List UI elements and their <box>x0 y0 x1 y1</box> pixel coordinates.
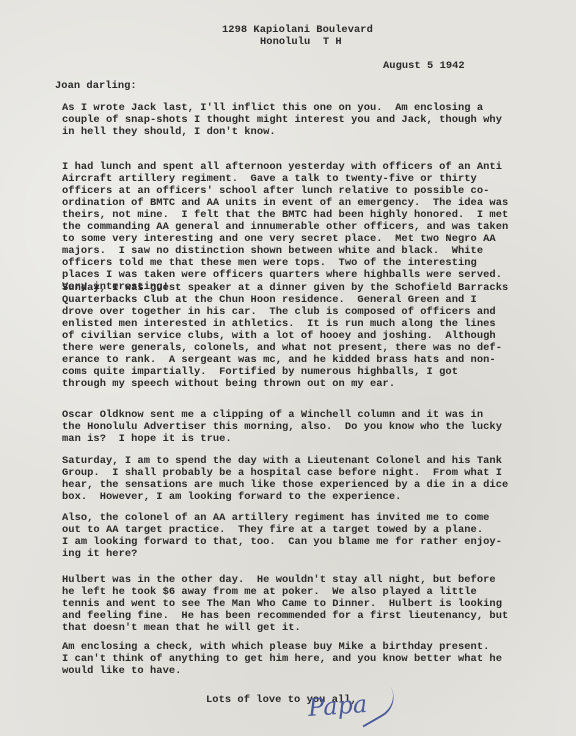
text-line: erance to rank. A sergeant was mc, and h… <box>62 354 562 366</box>
text-line: of civilian service clubs, with a lot of… <box>62 330 562 342</box>
paragraph: Oscar Oldknow sent me a clipping of a Wi… <box>62 409 562 445</box>
text-line: the commanding AA general and innumerabl… <box>62 221 562 233</box>
text-line: enlisted men interested in athletics. It… <box>62 318 562 330</box>
text-line: ordination of BMTC and AA units in event… <box>62 197 562 209</box>
paragraph: Hulbert was in the other day. He wouldn'… <box>62 574 562 634</box>
text-line: ing it here? <box>62 548 562 560</box>
text-line: hear, the sensations are much like those… <box>62 479 562 491</box>
text-line: Oscar Oldknow sent me a clipping of a Wi… <box>62 409 562 421</box>
text-line: theirs, not mine. I felt that the BMTC h… <box>62 209 562 221</box>
text-line: he left he took $6 away from me at poker… <box>62 586 562 598</box>
text-line: Am enclosing a check, with which please … <box>62 641 562 653</box>
text-line: box. However, I am looking forward to th… <box>62 491 562 503</box>
paragraph: As I wrote Jack last, I'll inflict this … <box>62 102 562 138</box>
text-line: Quarterbacks Club at the Chun Hoon resid… <box>62 294 562 306</box>
text-line: that doesn't mean that he will get it. <box>62 622 562 634</box>
paragraph: Also, the colonel of an AA artillery reg… <box>62 512 562 560</box>
text-line: tennis and went to see The Man Who Came … <box>62 598 562 610</box>
text-line: and feeling fine. He has been recommende… <box>62 610 562 622</box>
text-line: I can't think of anything to get him her… <box>62 653 562 665</box>
text-line: officers at an officers' school after lu… <box>62 185 562 197</box>
text-line: to some very interesting and one very se… <box>62 233 562 245</box>
paragraph: I had lunch and spent all afternoon yest… <box>62 161 562 293</box>
letter-page: 1298 Kapiolani Boulevard Honolulu T H Au… <box>0 0 576 736</box>
salutation: Joan darling: <box>55 80 137 92</box>
text-line: I had lunch and spent all afternoon yest… <box>62 161 562 173</box>
text-line: Group. I shall probably be a hospital ca… <box>62 467 562 479</box>
text-line: Saturday, I am to spend the day with a L… <box>62 455 562 467</box>
text-line: officers told me that these men were top… <box>62 257 562 269</box>
text-line: places I was taken were officers quarter… <box>62 269 562 281</box>
text-line: through my speech without being thrown o… <box>62 378 562 390</box>
paragraph: Sunday, I was guest speaker at a dinner … <box>62 282 562 390</box>
text-line: drove over together in his car. The club… <box>62 306 562 318</box>
text-line: As I wrote Jack last, I'll inflict this … <box>62 102 562 114</box>
text-line: majors. I saw no distinction shown betwe… <box>62 245 562 257</box>
text-line: I am looking forward to that, too. Can y… <box>62 536 562 548</box>
letter-date: August 5 1942 <box>383 60 465 72</box>
text-line: Sunday, I was guest speaker at a dinner … <box>62 282 562 294</box>
text-line: in hell they should, I don't know. <box>62 126 562 138</box>
text-line: Aircraft artillery regiment. Gave a talk… <box>62 173 562 185</box>
text-line: couple of snap-shots I thought might int… <box>62 114 562 126</box>
address-line-city: Honolulu T H <box>260 36 342 48</box>
paragraph: Saturday, I am to spend the day with a L… <box>62 455 562 503</box>
text-line: out to AA target practice. They fire at … <box>62 524 562 536</box>
address-line-street: 1298 Kapiolani Boulevard <box>222 24 373 36</box>
text-line: Hulbert was in the other day. He wouldn'… <box>62 574 562 586</box>
text-line: there were generals, colonels, and what … <box>62 342 562 354</box>
text-line: coms quite impartially. Fortified by num… <box>62 366 562 378</box>
paragraph: Am enclosing a check, with which please … <box>62 641 562 677</box>
text-line: would like to have. <box>62 665 562 677</box>
text-line: Also, the colonel of an AA artillery reg… <box>62 512 562 524</box>
text-line: the Honolulu Advertiser this morning, al… <box>62 421 562 433</box>
text-line: man is? I hope it is true. <box>62 433 562 445</box>
